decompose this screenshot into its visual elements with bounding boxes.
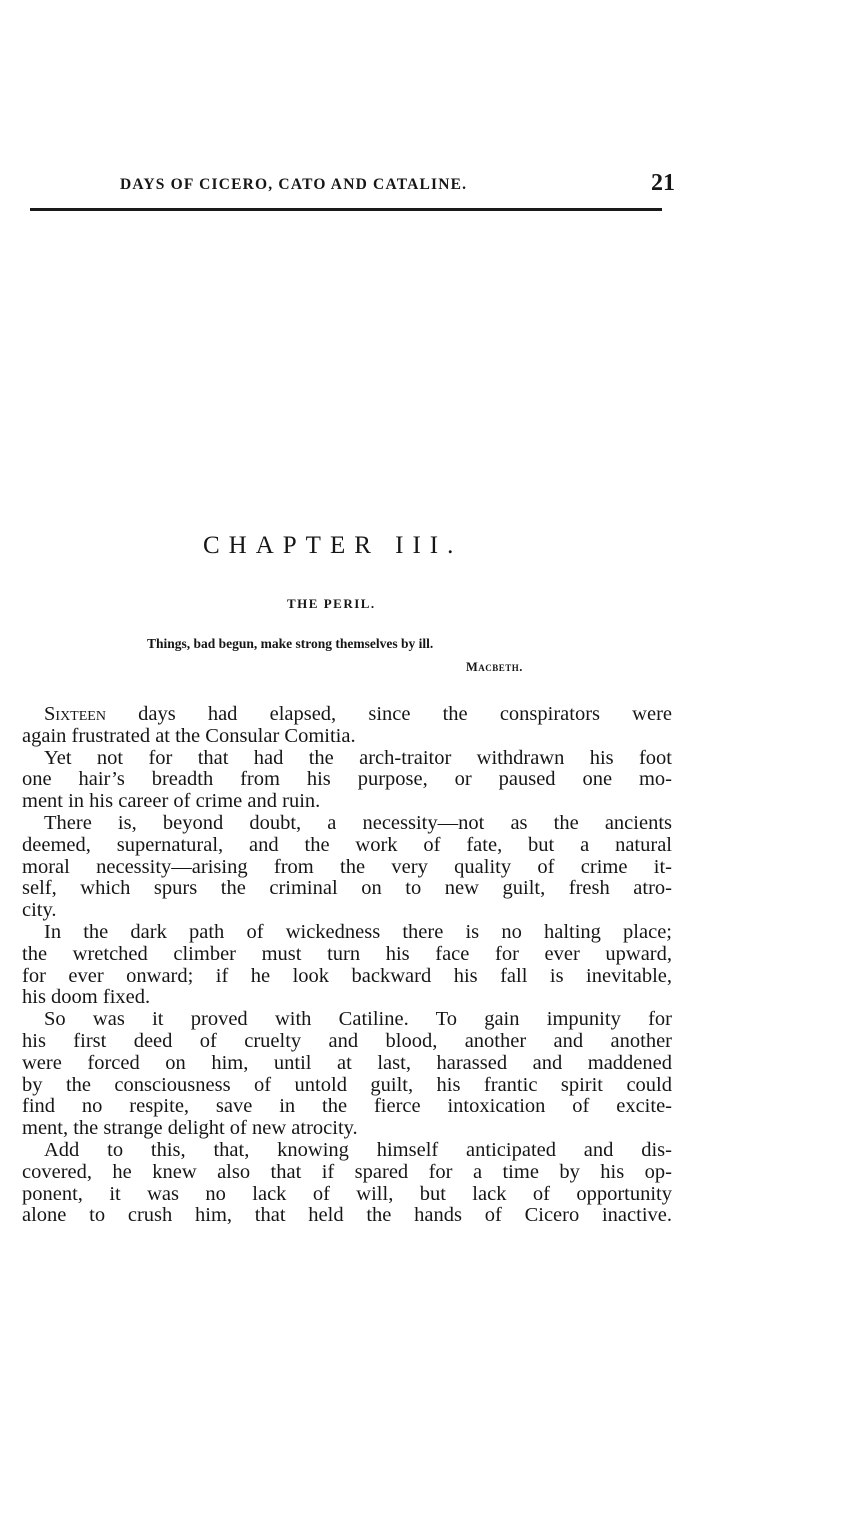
text-line: self, which spurs the criminal on to new… (22, 878, 672, 900)
text-line: Yet not for that had the arch-traitor wi… (22, 748, 672, 770)
paragraph-4: In the dark path of wickedness there is … (22, 922, 672, 1009)
text-line: There is, beyond doubt, a necessity—not … (22, 813, 672, 835)
text-line: alone to crush him, that held the hands … (22, 1205, 672, 1227)
paragraph-5: So was it proved with Catiline. To gain … (22, 1009, 672, 1140)
text-line: moral necessity—arising from the very qu… (22, 857, 672, 879)
epigraph: Things, bad begun, make strong themselve… (147, 636, 433, 652)
text-line: ponent, it was no lack of will, but lack… (22, 1184, 672, 1206)
text-line: the wretched climber must turn his face … (22, 944, 672, 966)
paragraph-3: There is, beyond doubt, a necessity—not … (22, 813, 672, 922)
text-line: city. (22, 900, 672, 922)
text-line: for ever onward; if he look backward his… (22, 966, 672, 988)
text-line: covered, he knew also that if spared for… (22, 1162, 672, 1184)
text-line: ment, the strange delight of new atrocit… (22, 1118, 672, 1140)
text-line: again frustrated at the Consular Comitia… (22, 726, 672, 748)
drop-lead-word: Sixteen (44, 703, 106, 725)
paragraph-1: Sixteen days had elapsed, since the cons… (22, 704, 672, 748)
book-page: DAYS OF CICERO, CATO AND CATALINE. 21 CH… (0, 0, 848, 1525)
text-line: ment in his career of crime and ruin. (22, 791, 672, 813)
body-text: Sixteen days had elapsed, since the cons… (22, 704, 672, 1227)
text-line: his first deed of cruelty and blood, ano… (22, 1031, 672, 1053)
text-span: days had elapsed, since the conspirators… (106, 703, 672, 725)
paragraph-2: Yet not for that had the arch-traitor wi… (22, 748, 672, 813)
text-line: In the dark path of wickedness there is … (22, 922, 672, 944)
text-line: his doom fixed. (22, 987, 672, 1009)
running-head: DAYS OF CICERO, CATO AND CATALINE. 21 (30, 170, 675, 200)
text-line: deemed, supernatural, and the work of fa… (22, 835, 672, 857)
text-line: one hair’s breadth from his purpose, or … (22, 769, 672, 791)
text-line: So was it proved with Catiline. To gain … (22, 1009, 672, 1031)
paragraph-6: Add to this, that, knowing himself antic… (22, 1140, 672, 1227)
chapter-title: CHAPTER III. (203, 532, 462, 560)
epigraph-attribution: Macbeth. (466, 660, 523, 675)
text-line: were forced on him, until at last, haras… (22, 1053, 672, 1075)
header-rule (30, 208, 662, 211)
page-number: 21 (651, 170, 675, 197)
chapter-subtitle: THE PERIL. (287, 596, 376, 612)
text-line: by the consciousness of untold guilt, hi… (22, 1075, 672, 1097)
running-title: DAYS OF CICERO, CATO AND CATALINE. (120, 176, 467, 194)
text-line: find no respite, save in the fierce into… (22, 1096, 672, 1118)
text-line: Sixteen days had elapsed, since the cons… (22, 704, 672, 726)
text-line: Add to this, that, knowing himself antic… (22, 1140, 672, 1162)
